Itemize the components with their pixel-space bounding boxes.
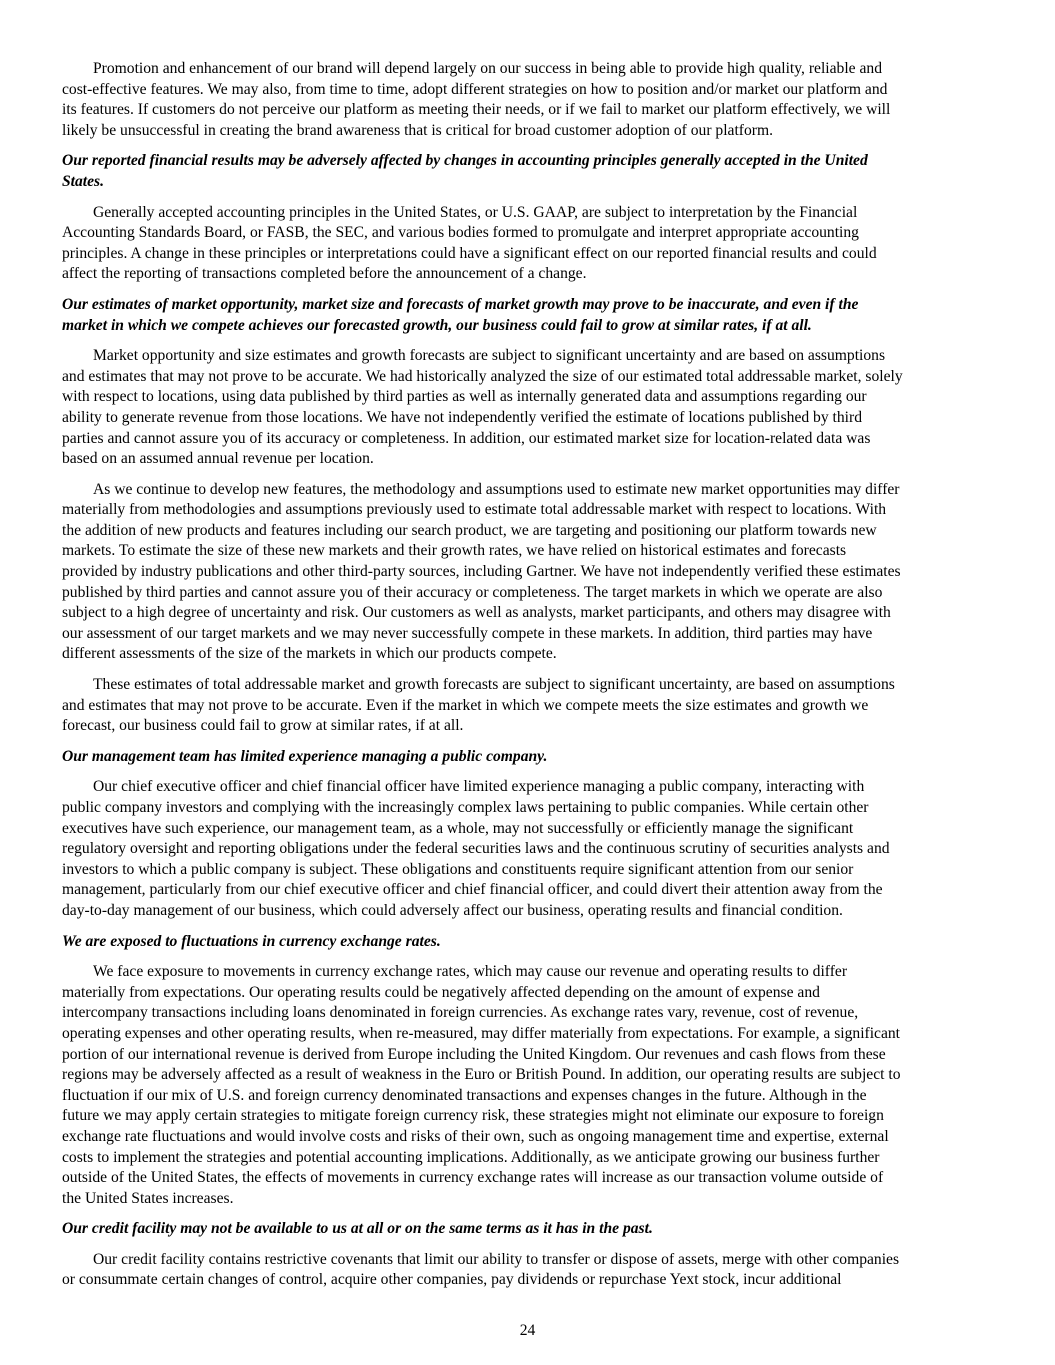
- text-line: forecast, our business could fail to gro…: [62, 716, 997, 737]
- text-line: States.: [62, 172, 997, 193]
- text-line: intercompany transactions including loan…: [62, 1003, 997, 1024]
- text-line: outside of the United States, the effect…: [62, 1168, 997, 1189]
- text-line: the addition of new products and feature…: [62, 521, 997, 542]
- body-paragraph: Our chief executive officer and chief fi…: [62, 777, 997, 921]
- document-body: Promotion and enhancement of our brand w…: [62, 59, 997, 1291]
- text-line: investors to which a public company is s…: [62, 860, 997, 881]
- text-line: different assessments of the size of the…: [62, 644, 997, 665]
- text-line: Promotion and enhancement of our brand w…: [62, 59, 997, 80]
- text-line: market in which we compete achieves our …: [62, 316, 997, 337]
- text-line: portion of our international revenue is …: [62, 1045, 997, 1066]
- section-heading: Our reported financial results may be ad…: [62, 151, 997, 192]
- body-paragraph: These estimates of total addressable mar…: [62, 675, 997, 737]
- text-line: materially from expectations. Our operat…: [62, 983, 997, 1004]
- text-line: materially from methodologies and assump…: [62, 500, 997, 521]
- text-line: management, particularly from our chief …: [62, 880, 997, 901]
- body-paragraph: As we continue to develop new features, …: [62, 480, 997, 665]
- text-line: and estimates that may not prove to be a…: [62, 367, 997, 388]
- section-heading: We are exposed to fluctuations in curren…: [62, 932, 997, 953]
- text-line: the United States increases.: [62, 1189, 997, 1210]
- text-line: exchange rate fluctuations and would inv…: [62, 1127, 997, 1148]
- text-line: These estimates of total addressable mar…: [62, 675, 997, 696]
- text-line: executives have such experience, our man…: [62, 819, 997, 840]
- text-line: As we continue to develop new features, …: [62, 480, 997, 501]
- body-paragraph: Promotion and enhancement of our brand w…: [62, 59, 997, 141]
- text-line: its features. If customers do not percei…: [62, 100, 997, 121]
- text-line: Our chief executive officer and chief fi…: [62, 777, 997, 798]
- section-heading: Our credit facility may not be available…: [62, 1219, 997, 1240]
- text-line: regions may be adversely affected as a r…: [62, 1065, 997, 1086]
- text-line: cost-effective features. We may also, fr…: [62, 80, 997, 101]
- text-line: day-to-day management of our business, w…: [62, 901, 997, 922]
- text-line: provided by industry publications and ot…: [62, 562, 997, 583]
- text-line: We are exposed to fluctuations in curren…: [62, 932, 997, 953]
- text-line: Our management team has limited experien…: [62, 747, 997, 768]
- text-line: our assessment of our target markets and…: [62, 624, 997, 645]
- section-heading: Our management team has limited experien…: [62, 747, 997, 768]
- text-line: based on an assumed annual revenue per l…: [62, 449, 997, 470]
- text-line: regulatory oversight and reporting oblig…: [62, 839, 997, 860]
- body-paragraph: Our credit facility contains restrictive…: [62, 1250, 997, 1291]
- section-heading: Our estimates of market opportunity, mar…: [62, 295, 997, 336]
- document-page: Promotion and enhancement of our brand w…: [62, 59, 997, 1301]
- text-line: or consummate certain changes of control…: [62, 1270, 997, 1291]
- text-line: likely be unsuccessful in creating the b…: [62, 121, 997, 142]
- body-paragraph: Generally accepted accounting principles…: [62, 203, 997, 285]
- text-line: parties and cannot assure you of its acc…: [62, 429, 997, 450]
- text-line: Accounting Standards Board, or FASB, the…: [62, 223, 997, 244]
- text-line: Our credit facility may not be available…: [62, 1219, 997, 1240]
- text-line: Our estimates of market opportunity, mar…: [62, 295, 997, 316]
- text-line: markets. To estimate the size of these n…: [62, 541, 997, 562]
- text-line: We face exposure to movements in currenc…: [62, 962, 997, 983]
- text-line: Our reported financial results may be ad…: [62, 151, 997, 172]
- body-paragraph: We face exposure to movements in currenc…: [62, 962, 997, 1209]
- text-line: Generally accepted accounting principles…: [62, 203, 997, 224]
- text-line: published by third parties and cannot as…: [62, 583, 997, 604]
- text-line: operating expenses and other operating r…: [62, 1024, 997, 1045]
- text-line: and estimates that may not prove to be a…: [62, 696, 997, 717]
- body-paragraph: Market opportunity and size estimates an…: [62, 346, 997, 470]
- text-line: costs to implement the strategies and po…: [62, 1148, 997, 1169]
- text-line: subject to a high degree of uncertainty …: [62, 603, 997, 624]
- text-line: public company investors and complying w…: [62, 798, 997, 819]
- text-line: fluctuation if our mix of U.S. and forei…: [62, 1086, 997, 1107]
- text-line: with respect to locations, using data pu…: [62, 387, 997, 408]
- page-number: 24: [0, 1322, 1055, 1340]
- text-line: affect the reporting of transactions com…: [62, 264, 997, 285]
- text-line: future we may apply certain strategies t…: [62, 1106, 997, 1127]
- text-line: principles. A change in these principles…: [62, 244, 997, 265]
- text-line: ability to generate revenue from those l…: [62, 408, 997, 429]
- text-line: Market opportunity and size estimates an…: [62, 346, 997, 367]
- text-line: Our credit facility contains restrictive…: [62, 1250, 997, 1271]
